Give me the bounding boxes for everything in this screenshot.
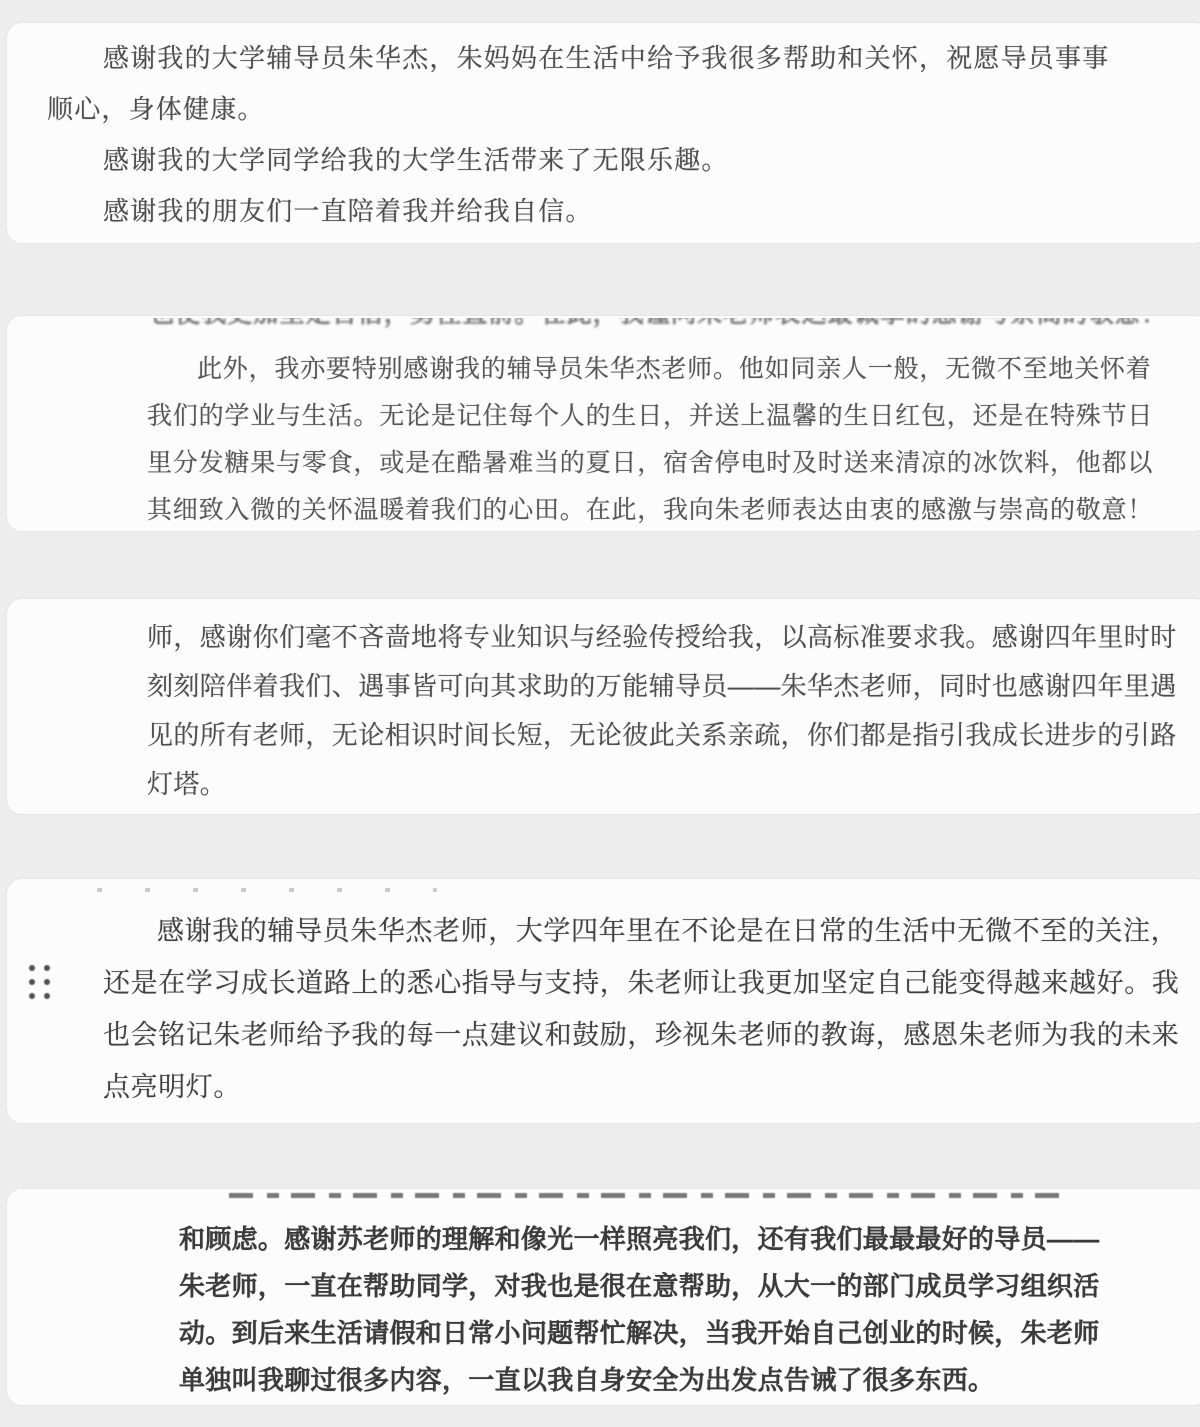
acknowledgement-card-1: 感谢我的大学辅导员朱华杰，朱妈妈在生活中给予我很多帮助和关怀，祝愿导员事事 顺心… [6,22,1200,244]
acknowledgement-card-3: 师，感谢你们毫不吝啬地将专业知识与经验传授给我，以高标准要求我。感谢四年里时时 … [6,598,1200,815]
text-line: 灯塔。 [7,760,1200,809]
clipped-text-remnant [229,1193,1065,1198]
text-line: 里分发糖果与零食，或是在酷暑难当的夏日，宿舍停电时及时送来清凉的冰饮料，他都以 [7,440,1200,487]
text-line: 顺心，身体健康。 [7,84,1200,135]
text-line: 见的所有老师，无论相识时间长短，无论彼此关系亲疏，你们都是指引我成长进步的引路 [7,711,1200,760]
card-text: 师，感谢你们毫不吝啬地将专业知识与经验传授给我，以高标准要求我。感谢四年里时时 … [7,599,1200,809]
text-line: 其细致入微的关怀温暖着我们的心田。在此，我向朱老师表达由衷的感激与崇高的敬意！ [7,487,1200,532]
block-drag-handle six-dot-grid-icon[interactable] [29,965,50,999]
card-text: 此外，我亦要特别感谢我的辅导员朱华杰老师。他如同亲人一般，无微不至地关怀着 我们… [7,344,1200,532]
card-text: 感谢我的大学辅导员朱华杰，朱妈妈在生活中给予我很多帮助和关怀，祝愿导员事事 顺心… [7,23,1200,237]
text-line: 也会铭记朱老师给予我的每一点建议和鼓励，珍视朱老师的教诲，感恩朱老师为我的未来 [7,1009,1200,1061]
acknowledgement-card-5: 和顾虑。感谢苏老师的理解和像光一样照亮我们，还有我们最最最好的导员—— 朱老师，… [6,1188,1200,1406]
text-line: 我们的学业与生活。无论是记住每个人的生日，并送上温馨的生日红包，还是在特殊节日 [7,393,1200,440]
text-line: 和顾虑。感谢苏老师的理解和像光一样照亮我们，还有我们最最最好的导员—— [7,1216,1200,1263]
text-line: 点亮明灯。 [7,1061,1200,1113]
text-line: 朱老师，一直在帮助同学，对我也是很在意帮助，从大一的部门成员学习组织活 [7,1263,1200,1310]
clipped-text-line: 也使我更加坚定自信，勇往直前。在此，我谨向朱老师表达最诚挚的感谢与崇高的敬意！ [7,318,1200,336]
text-line: 师，感谢你们毫不吝啬地将专业知识与经验传授给我，以高标准要求我。感谢四年里时时 [7,613,1200,662]
text-line: 还是在学习成长道路上的悉心指导与支持，朱老师让我更加坚定自己能变得越来越好。我 [7,957,1200,1009]
text-line: 此外，我亦要特别感谢我的辅导员朱华杰老师。他如同亲人一般，无微不至地关怀着 [7,346,1200,393]
text-line: 感谢我的朋友们一直陪着我并给我自信。 [7,186,1200,237]
text-line: 感谢我的大学辅导员朱华杰，朱妈妈在生活中给予我很多帮助和关怀，祝愿导员事事 [7,33,1200,84]
text-line: 感谢我的大学同学给我的大学生活带来了无限乐趣。 [7,135,1200,186]
clipped-text-remnant [97,888,437,892]
clipped-text-strip: 也使我更加坚定自信，勇往直前。在此，我谨向朱老师表达最诚挚的感谢与崇高的敬意！ [7,318,1200,344]
text-line: 刻刻陪伴着我们、遇事皆可向其求助的万能辅导员——朱华杰老师，同时也感谢四年里遇 [7,662,1200,711]
text-line: 动。到后来生活请假和日常小问题帮忙解决，当我开始自己创业的时候，朱老师 [7,1310,1200,1357]
acknowledgement-card-2: 也使我更加坚定自信，勇往直前。在此，我谨向朱老师表达最诚挚的感谢与崇高的敬意！ … [6,315,1200,532]
acknowledgement-card-4: 感谢我的辅导员朱华杰老师，大学四年里在不论是在日常的生活中无微不至的关注， 还是… [6,878,1200,1124]
card-text: 感谢我的辅导员朱华杰老师，大学四年里在不论是在日常的生活中无微不至的关注， 还是… [7,879,1200,1113]
text-line: 单独叫我聊过很多内容，一直以我自身安全为出发点告诫了很多东西。 [7,1357,1200,1404]
text-line: 感谢我的辅导员朱华杰老师，大学四年里在不论是在日常的生活中无微不至的关注， [7,905,1200,957]
card-text: 和顾虑。感谢苏老师的理解和像光一样照亮我们，还有我们最最最好的导员—— 朱老师，… [7,1189,1200,1404]
